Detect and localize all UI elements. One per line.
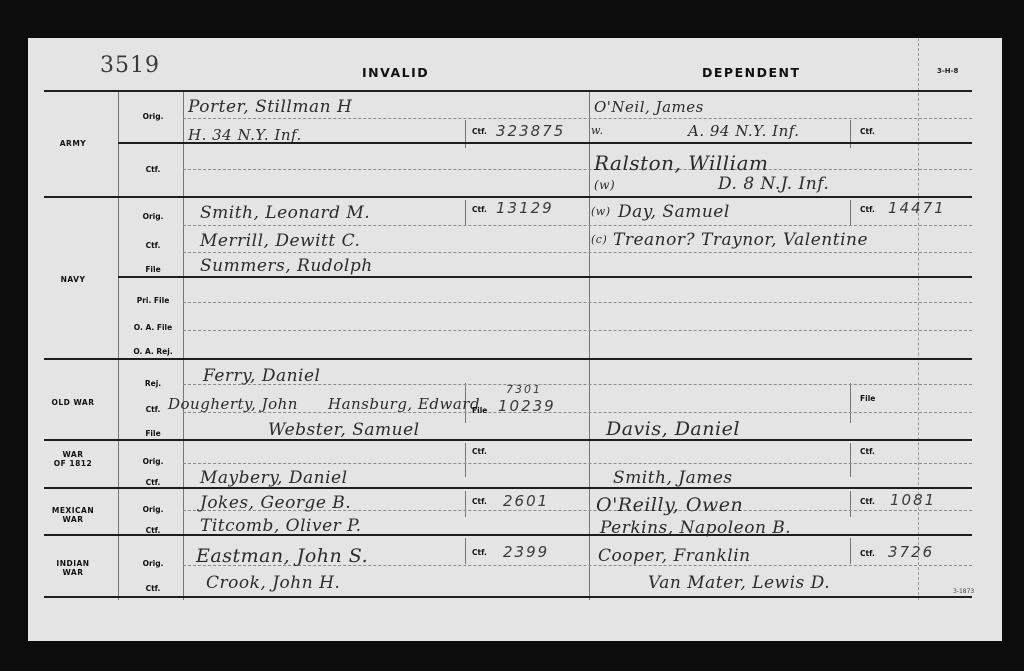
rule-navy-mid (118, 276, 972, 278)
old-war-dependent-file-label: File (860, 394, 875, 403)
dotted-line (183, 252, 972, 253)
indian-war-invalid-ctf-name: Crook, John H. (206, 573, 340, 593)
section-navy-label: NAVY (28, 275, 118, 284)
navy-invalid-ctf-label: Ctf. (472, 205, 487, 214)
indian-war-dependent-orig-name: Cooper, Franklin (598, 546, 751, 566)
navy-dependent-orig-name: Day, Samuel (618, 202, 730, 222)
old-war-invalid-ctf-name: Dougherty, John (168, 395, 298, 413)
old-war-invalid-file-name: Webster, Samuel (268, 420, 420, 440)
mexican-war-invalid-ctf-name: Titcomb, Oliver P. (200, 516, 362, 536)
old-war-invalid-file-number-top: 7301 (506, 383, 542, 396)
war-1812-invalid-ctf-label: Ctf. (472, 447, 487, 456)
section-label-line2: OF 1812 (28, 459, 118, 468)
ctf-col-line (850, 200, 851, 226)
card-number: 3519 (100, 53, 160, 78)
mexican-war-invalid-ctf-number: 2601 (503, 492, 549, 510)
army-dependent-prefix-2: (w) (594, 178, 615, 192)
army-dependent-unit-1: A. 94 N.Y. Inf. (688, 122, 800, 140)
section-indian-war-label: INDIAN WAR (28, 559, 118, 577)
section-war-of-1812-label: WAR OF 1812 (28, 450, 118, 468)
row-label-pri-file: Pri. File (123, 296, 183, 305)
mexican-war-invalid-orig-name: Jokes, George B. (200, 493, 351, 513)
row-label-rej: Rej. (123, 379, 183, 388)
row-label-ctf: Ctf. (123, 526, 183, 535)
dotted-line (183, 302, 972, 303)
section-label-line2: WAR (28, 568, 118, 577)
navy-dependent-orig-prefix: (w) (591, 205, 611, 218)
indian-war-invalid-ctf-number: 2399 (503, 543, 549, 561)
row-label-file: File (123, 265, 183, 274)
row-label-ctf: Ctf. (123, 478, 183, 487)
row-label-orig: Orig. (123, 457, 183, 466)
navy-dependent-ctf-name: Treanor? Traynor, Valentine (613, 230, 868, 250)
section-label-line1: INDIAN (28, 559, 118, 568)
old-war-invalid-rej-name: Ferry, Daniel (203, 366, 320, 386)
old-war-invalid-file-label: File (472, 406, 487, 415)
section-label-line1: WAR (28, 450, 118, 459)
row-label-orig: Orig. (123, 559, 183, 568)
army-dependent-unit-2: D. 8 N.J. Inf. (718, 174, 829, 194)
row-label-file: File (123, 429, 183, 438)
dependent-column-header: DEPENDENT (702, 65, 800, 80)
ctf-col-line (850, 443, 851, 477)
section-divider-line (118, 92, 119, 600)
navy-dependent-ctf-prefix: (c) (591, 233, 607, 246)
ctf-col-line (465, 443, 466, 477)
ctf-col-line (850, 491, 851, 517)
navy-dependent-ctf-label: Ctf. (860, 205, 875, 214)
row-label-orig: Orig. (123, 505, 183, 514)
army-dependent-name-2: Ralston, William (594, 151, 768, 175)
army-invalid-ctf-label: Ctf. (472, 127, 487, 136)
invalid-column-header: INVALID (362, 65, 429, 80)
form-code: 3-H-8 (937, 67, 958, 75)
dotted-line (183, 412, 972, 413)
row-label-ctf: Ctf. (123, 241, 183, 250)
rule-army-navy (44, 196, 972, 198)
dotted-line (183, 330, 972, 331)
army-invalid-orig-name: Porter, Stillman H (188, 97, 352, 117)
mexican-war-invalid-ctf-label: Ctf. (472, 497, 487, 506)
army-dependent-prefix-1: w. (591, 124, 604, 137)
indian-war-dependent-ctf-name: Van Mater, Lewis D. (648, 573, 830, 593)
rule-mexican-indian (44, 534, 972, 536)
rule-top (44, 90, 972, 92)
rule-1812-mexican (44, 487, 972, 489)
navy-invalid-ctf-name: Merrill, Dewitt C. (200, 231, 360, 251)
footer-code: 3-1873 (953, 588, 974, 595)
rule-oldwar-1812 (44, 439, 972, 441)
section-mexican-war-label: MEXICAN WAR (28, 506, 118, 524)
row-label-orig: Orig. (123, 212, 183, 221)
ctf-col-line (465, 200, 466, 226)
navy-invalid-file-name: Summers, Rudolph (200, 256, 373, 276)
army-dependent-ctf-label: Ctf. (860, 127, 875, 136)
rule-navy-oldwar (44, 358, 972, 360)
mexican-war-dependent-ctf-number: 1081 (890, 491, 936, 509)
navy-invalid-ctf-number: 13129 (496, 199, 554, 217)
dotted-line (183, 118, 972, 119)
section-army-label: ARMY (28, 139, 118, 148)
indian-war-dependent-ctf-label: Ctf. (860, 549, 875, 558)
indian-war-invalid-ctf-label: Ctf. (472, 548, 487, 557)
rule-bottom (44, 596, 972, 598)
dotted-line (183, 463, 972, 464)
pension-index-card: 3519 INVALID DEPENDENT 3-H-8 ARMY Orig. … (28, 38, 1002, 641)
mexican-war-dependent-ctf-name: Perkins, Napoleon B. (600, 518, 791, 538)
old-war-invalid-file-number: 10239 (498, 397, 556, 415)
army-invalid-ctf-number: 323875 (496, 122, 565, 140)
row-label-oa-file: O. A. File (123, 323, 183, 332)
ctf-col-line (465, 538, 466, 564)
row-label-orig: Orig. (123, 112, 183, 121)
old-war-dependent-file-name: Davis, Daniel (606, 418, 740, 440)
indian-war-dependent-ctf-number: 3726 (888, 543, 934, 561)
war-1812-dependent-ctf-name: Smith, James (613, 468, 733, 488)
section-label-line2: WAR (28, 515, 118, 524)
ctf-col-line (850, 383, 851, 423)
navy-invalid-orig-name: Smith, Leonard M. (200, 203, 370, 223)
dotted-line (183, 169, 972, 170)
mexican-war-dependent-ctf-label: Ctf. (860, 497, 875, 506)
war-1812-dependent-ctf-label: Ctf. (860, 447, 875, 456)
indian-war-invalid-orig-name: Eastman, John S. (196, 545, 368, 567)
army-invalid-orig-unit: H. 34 N.Y. Inf. (188, 126, 302, 144)
army-dependent-name-1: O'Neil, James (594, 98, 704, 116)
row-label-ctf: Ctf. (123, 165, 183, 174)
old-war-invalid-ctf-name-2: Hansburg, Edward (328, 395, 480, 413)
section-label-line1: MEXICAN (28, 506, 118, 515)
mexican-war-dependent-orig-name: O'Reilly, Owen (596, 494, 743, 516)
row-label-ctf: Ctf. (123, 584, 183, 593)
ctf-col-line (850, 538, 851, 564)
war-1812-invalid-ctf-name: Maybery, Daniel (200, 468, 348, 488)
margin-line (918, 38, 920, 600)
navy-dependent-ctf-number: 14471 (888, 199, 946, 217)
section-old-war-label: OLD WAR (28, 398, 118, 407)
row-label-oa-rej: O. A. Rej. (123, 347, 183, 356)
dotted-line (183, 225, 972, 226)
ctf-col-line (465, 491, 466, 517)
